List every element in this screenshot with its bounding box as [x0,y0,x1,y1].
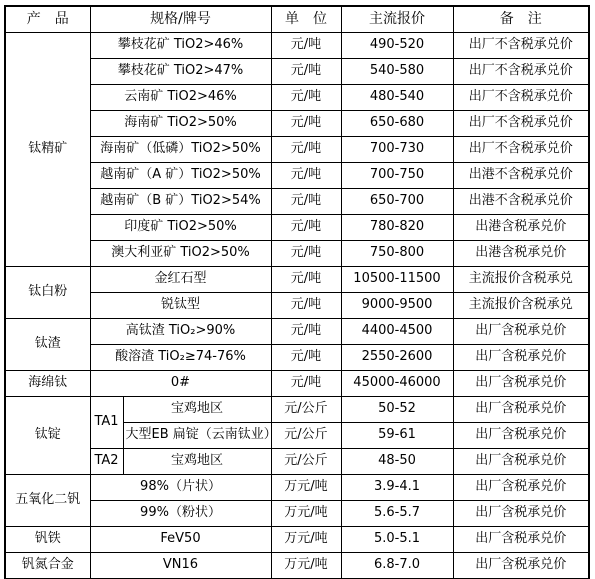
spec-cell: 酸溶渣 TiO₂≥74-76% [90,345,271,371]
price-cell: 700-750 [341,163,453,189]
unit-cell: 元/公斤 [271,423,341,449]
price-cell: 45000-46000 [341,371,453,397]
table-header-row: 产 品 规格/牌号 单 位 主流报价 备 注 [5,6,589,33]
unit-cell: 元/吨 [271,33,341,59]
product-column-header: 产 品 [5,6,90,33]
note-cell: 出厂不含税承兑价 [453,85,589,111]
table-row: 钛渣 高钛渣 TiO₂>90% 元/吨 4400-4500 出厂含税承兑价 [5,319,589,345]
table-row: 99%（粉状） 万元/吨 5.6-5.7 出厂含税承兑价 [5,501,589,527]
product-group-cell: 钛锭 [5,397,90,475]
unit-cell: 元/公斤 [271,449,341,475]
note-cell: 出厂不含税承兑价 [453,59,589,85]
unit-cell: 万元/吨 [271,501,341,527]
spec-cell: 澳大利亚矿 TiO2>50% [90,241,271,267]
price-cell: 490-520 [341,33,453,59]
note-column-header: 备 注 [453,6,589,33]
price-cell: 3.9-4.1 [341,475,453,501]
unit-cell: 元/吨 [271,59,341,85]
unit-cell: 元/吨 [271,267,341,293]
table-row: 越南矿（A 矿）TiO2>50% 元/吨 700-750 出港不含税承兑价 [5,163,589,189]
price-column-header: 主流报价 [341,6,453,33]
table-row: 酸溶渣 TiO₂≥74-76% 元/吨 2550-2600 出厂含税承兑价 [5,345,589,371]
product-group-cell: 钛精矿 [5,33,90,267]
spec-column-header: 规格/牌号 [90,6,271,33]
price-cell: 480-540 [341,85,453,111]
spec-cell: FeV50 [90,527,271,553]
price-cell: 540-580 [341,59,453,85]
ta-grade-cell: TA1 [90,397,123,449]
table-row: 钛白粉 金红石型 元/吨 10500-11500 主流报价含税承兑 [5,267,589,293]
spec-cell: 高钛渣 TiO₂>90% [90,319,271,345]
table-row: 云南矿 TiO2>46% 元/吨 480-540 出厂不含税承兑价 [5,85,589,111]
unit-cell: 元/吨 [271,189,341,215]
unit-cell: 元/吨 [271,345,341,371]
table-row: 海绵钛 0# 元/吨 45000-46000 出厂含税承兑价 [5,371,589,397]
spec-cell: VN16 [90,553,271,579]
note-cell: 出港不含税承兑价 [453,163,589,189]
spec-cell: 印度矿 TiO2>50% [90,215,271,241]
product-group-cell: 海绵钛 [5,371,90,397]
note-cell: 主流报价含税承兑 [453,267,589,293]
unit-cell: 元/吨 [271,241,341,267]
product-group-cell: 钒铁 [5,527,90,553]
unit-cell: 元/吨 [271,319,341,345]
table-row: 锐钛型 元/吨 9000-9500 主流报价含税承兑 [5,293,589,319]
price-table: 产 品 规格/牌号 单 位 主流报价 备 注 钛精矿 攀枝花矿 TiO2>46%… [4,5,590,579]
price-cell: 650-700 [341,189,453,215]
spec-cell: 锐钛型 [90,293,271,319]
product-group-cell: 五氧化二钒 [5,475,90,527]
unit-cell: 元/吨 [271,371,341,397]
note-cell: 出厂含税承兑价 [453,449,589,475]
note-cell: 出厂不含税承兑价 [453,137,589,163]
product-group-cell: 钛渣 [5,319,90,371]
table-row: 海南矿 TiO2>50% 元/吨 650-680 出厂不含税承兑价 [5,111,589,137]
unit-cell: 万元/吨 [271,553,341,579]
spec-cell: 海南矿 TiO2>50% [90,111,271,137]
product-group-cell: 钒氮合金 [5,553,90,579]
table-row: 印度矿 TiO2>50% 元/吨 780-820 出港含税承兑价 [5,215,589,241]
unit-column-header: 单 位 [271,6,341,33]
note-cell: 出港含税承兑价 [453,215,589,241]
spec-cell: 宝鸡地区 [123,397,271,423]
note-cell: 出厂不含税承兑价 [453,33,589,59]
unit-cell: 元/吨 [271,85,341,111]
table-row: 澳大利亚矿 TiO2>50% 元/吨 750-800 出港含税承兑价 [5,241,589,267]
spec-cell: 云南矿 TiO2>46% [90,85,271,111]
note-cell: 出港不含税承兑价 [453,189,589,215]
note-cell: 出厂含税承兑价 [453,423,589,449]
price-cell: 9000-9500 [341,293,453,319]
note-cell: 出厂含税承兑价 [453,345,589,371]
price-cell: 700-730 [341,137,453,163]
spec-cell: 越南矿（B 矿）TiO2>54% [90,189,271,215]
ta-grade-cell: TA2 [90,449,123,475]
unit-cell: 元/吨 [271,215,341,241]
price-cell: 50-52 [341,397,453,423]
note-cell: 出厂含税承兑价 [453,553,589,579]
price-cell: 59-61 [341,423,453,449]
price-cell: 780-820 [341,215,453,241]
unit-cell: 元/吨 [271,163,341,189]
spec-cell: 98%（片状） [90,475,271,501]
price-cell: 5.6-5.7 [341,501,453,527]
table-row: 钒铁 FeV50 万元/吨 5.0-5.1 出厂含税承兑价 [5,527,589,553]
table-row: 钒氮合金 VN16 万元/吨 6.8-7.0 出厂含税承兑价 [5,553,589,579]
price-cell: 4400-4500 [341,319,453,345]
price-cell: 10500-11500 [341,267,453,293]
table-row: 五氧化二钒 98%（片状） 万元/吨 3.9-4.1 出厂含税承兑价 [5,475,589,501]
table-row: 钛精矿 攀枝花矿 TiO2>46% 元/吨 490-520 出厂不含税承兑价 [5,33,589,59]
note-cell: 出港含税承兑价 [453,241,589,267]
price-cell: 6.8-7.0 [341,553,453,579]
table-row: 海南矿（低磷）TiO2>50% 元/吨 700-730 出厂不含税承兑价 [5,137,589,163]
note-cell: 主流报价含税承兑 [453,293,589,319]
spec-cell: 海南矿（低磷）TiO2>50% [90,137,271,163]
spec-cell: 大型EB 扁锭（云南钛业） [123,423,271,449]
unit-cell: 元/公斤 [271,397,341,423]
spec-cell: 金红石型 [90,267,271,293]
price-cell: 5.0-5.1 [341,527,453,553]
price-cell: 2550-2600 [341,345,453,371]
price-cell: 750-800 [341,241,453,267]
unit-cell: 元/吨 [271,293,341,319]
spec-cell: 越南矿（A 矿）TiO2>50% [90,163,271,189]
note-cell: 出厂含税承兑价 [453,527,589,553]
product-group-cell: 钛白粉 [5,267,90,319]
price-cell: 48-50 [341,449,453,475]
spec-cell: 宝鸡地区 [123,449,271,475]
note-cell: 出厂不含税承兑价 [453,111,589,137]
table-row: TA2 宝鸡地区 元/公斤 48-50 出厂含税承兑价 [5,449,589,475]
spec-cell: 0# [90,371,271,397]
unit-cell: 元/吨 [271,111,341,137]
spec-cell: 攀枝花矿 TiO2>46% [90,33,271,59]
price-cell: 650-680 [341,111,453,137]
table-row: 钛锭 TA1 宝鸡地区 元/公斤 50-52 出厂含税承兑价 [5,397,589,423]
table-row: 攀枝花矿 TiO2>47% 元/吨 540-580 出厂不含税承兑价 [5,59,589,85]
table-row: 越南矿（B 矿）TiO2>54% 元/吨 650-700 出港不含税承兑价 [5,189,589,215]
spec-cell: 攀枝花矿 TiO2>47% [90,59,271,85]
note-cell: 出厂含税承兑价 [453,501,589,527]
unit-cell: 万元/吨 [271,475,341,501]
note-cell: 出厂含税承兑价 [453,397,589,423]
unit-cell: 万元/吨 [271,527,341,553]
note-cell: 出厂含税承兑价 [453,319,589,345]
unit-cell: 元/吨 [271,137,341,163]
spec-cell: 99%（粉状） [90,501,271,527]
note-cell: 出厂含税承兑价 [453,371,589,397]
note-cell: 出厂含税承兑价 [453,475,589,501]
